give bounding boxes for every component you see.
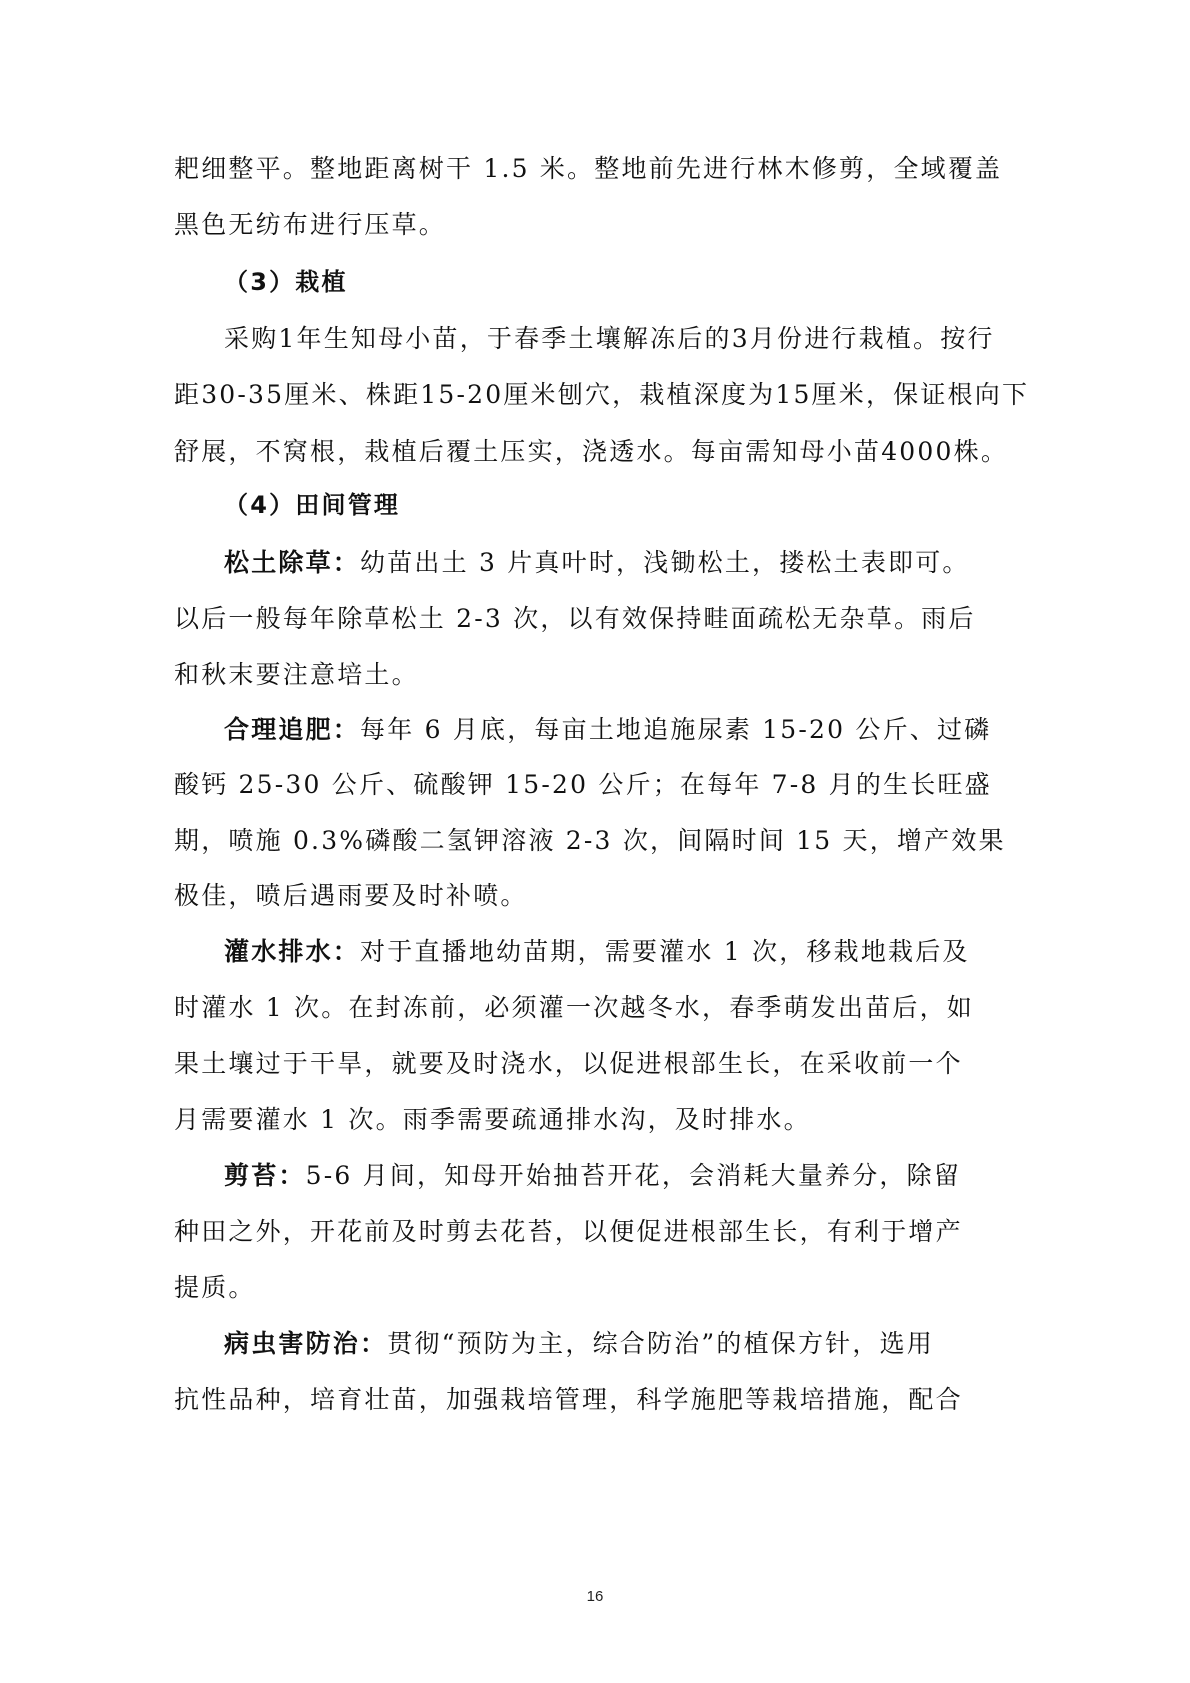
paragraph-line: 果土壤过于干旱，就要及时浇水，以促进根部生长，在采收前一个: [174, 1048, 963, 1080]
paragraph-line: 距30-35厘米、株距15-20厘米刨穴，栽植深度为15厘米，保证根向下: [174, 379, 1029, 411]
term-pest-control: 病虫害防治：: [224, 1329, 387, 1358]
section-heading-field-management: （4）田间管理: [224, 489, 400, 521]
paragraph-text: 每年 6 月底，每亩土地追施尿素 15-20 公斤、过磷: [360, 715, 991, 744]
paragraph-line: 剪苔：5-6 月间，知母开始抽苔开花，会消耗大量养分，除留: [224, 1160, 961, 1192]
paragraph-line: 时灌水 1 次。在封冻前，必须灌一次越冬水，春季萌发出苗后，如: [174, 992, 974, 1024]
paragraph-text: 5-6 月间，知母开始抽苔开花，会消耗大量养分，除留: [306, 1161, 961, 1190]
paragraph-line: 采购1年生知母小苗，于春季土壤解冻后的3月份进行栽植。按行: [224, 323, 995, 355]
paragraph-line: 灌水排水：对于直播地幼苗期，需要灌水 1 次，移栽地栽后及: [224, 936, 970, 968]
page-number: 16: [0, 1588, 1190, 1605]
term-irrigation-drainage: 灌水排水：: [224, 937, 360, 966]
paragraph-line: 以后一般每年除草松土 2-3 次，以有效保持畦面疏松无杂草。雨后: [174, 603, 976, 635]
paragraph-line: 耙细整平。整地距离树干 1.5 米。整地前先进行林木修剪，全域覆盖: [174, 153, 1002, 185]
paragraph-text: 贯彻“预防为主，综合防治”的植保方针，选用: [387, 1329, 934, 1358]
paragraph-line: 和秋末要注意培土。: [174, 659, 419, 691]
paragraph-line: 抗性品种，培育壮苗，加强栽培管理，科学施肥等栽培措施，配合: [174, 1384, 963, 1416]
paragraph-line: 合理追肥：每年 6 月底，每亩土地追施尿素 15-20 公斤、过磷: [224, 714, 991, 746]
paragraph-text: 幼苗出土 3 片真叶时，浅锄松土，搂松土表即可。: [360, 548, 970, 577]
term-bolt-cutting: 剪苔：: [224, 1161, 306, 1190]
paragraph-line: 种田之外，开花前及时剪去花苔，以便促进根部生长，有利于增产: [174, 1216, 963, 1248]
paragraph-line: 舒展，不窝根，栽植后覆土压实，浇透水。每亩需知母小苗4000株。: [174, 436, 1008, 468]
paragraph-line: 松土除草：幼苗出土 3 片真叶时，浅锄松土，搂松土表即可。: [224, 547, 970, 579]
document-page: 耙细整平。整地距离树干 1.5 米。整地前先进行林木修剪，全域覆盖 黑色无纺布进…: [0, 0, 1190, 1683]
section-heading-planting: （3）栽植: [224, 266, 348, 298]
term-fertilization: 合理追肥：: [224, 715, 360, 744]
paragraph-line: 提质。: [174, 1272, 256, 1304]
paragraph-line: 月需要灌水 1 次。雨季需要疏通排水沟，及时排水。: [174, 1104, 811, 1136]
paragraph-line: 黑色无纺布进行压草。: [174, 209, 446, 241]
paragraph-text: 对于直播地幼苗期，需要灌水 1 次，移栽地栽后及: [360, 937, 970, 966]
term-loosening-weeding: 松土除草：: [224, 548, 360, 577]
paragraph-line: 极佳，喷后遇雨要及时补喷。: [174, 880, 528, 912]
paragraph-line: 酸钙 25-30 公斤、硫酸钾 15-20 公斤；在每年 7-8 月的生长旺盛: [174, 769, 992, 801]
paragraph-line: 期，喷施 0.3%磷酸二氢钾溶液 2-3 次，间隔时间 15 天，增产效果: [174, 825, 1006, 857]
paragraph-line: 病虫害防治：贯彻“预防为主，综合防治”的植保方针，选用: [224, 1328, 934, 1360]
